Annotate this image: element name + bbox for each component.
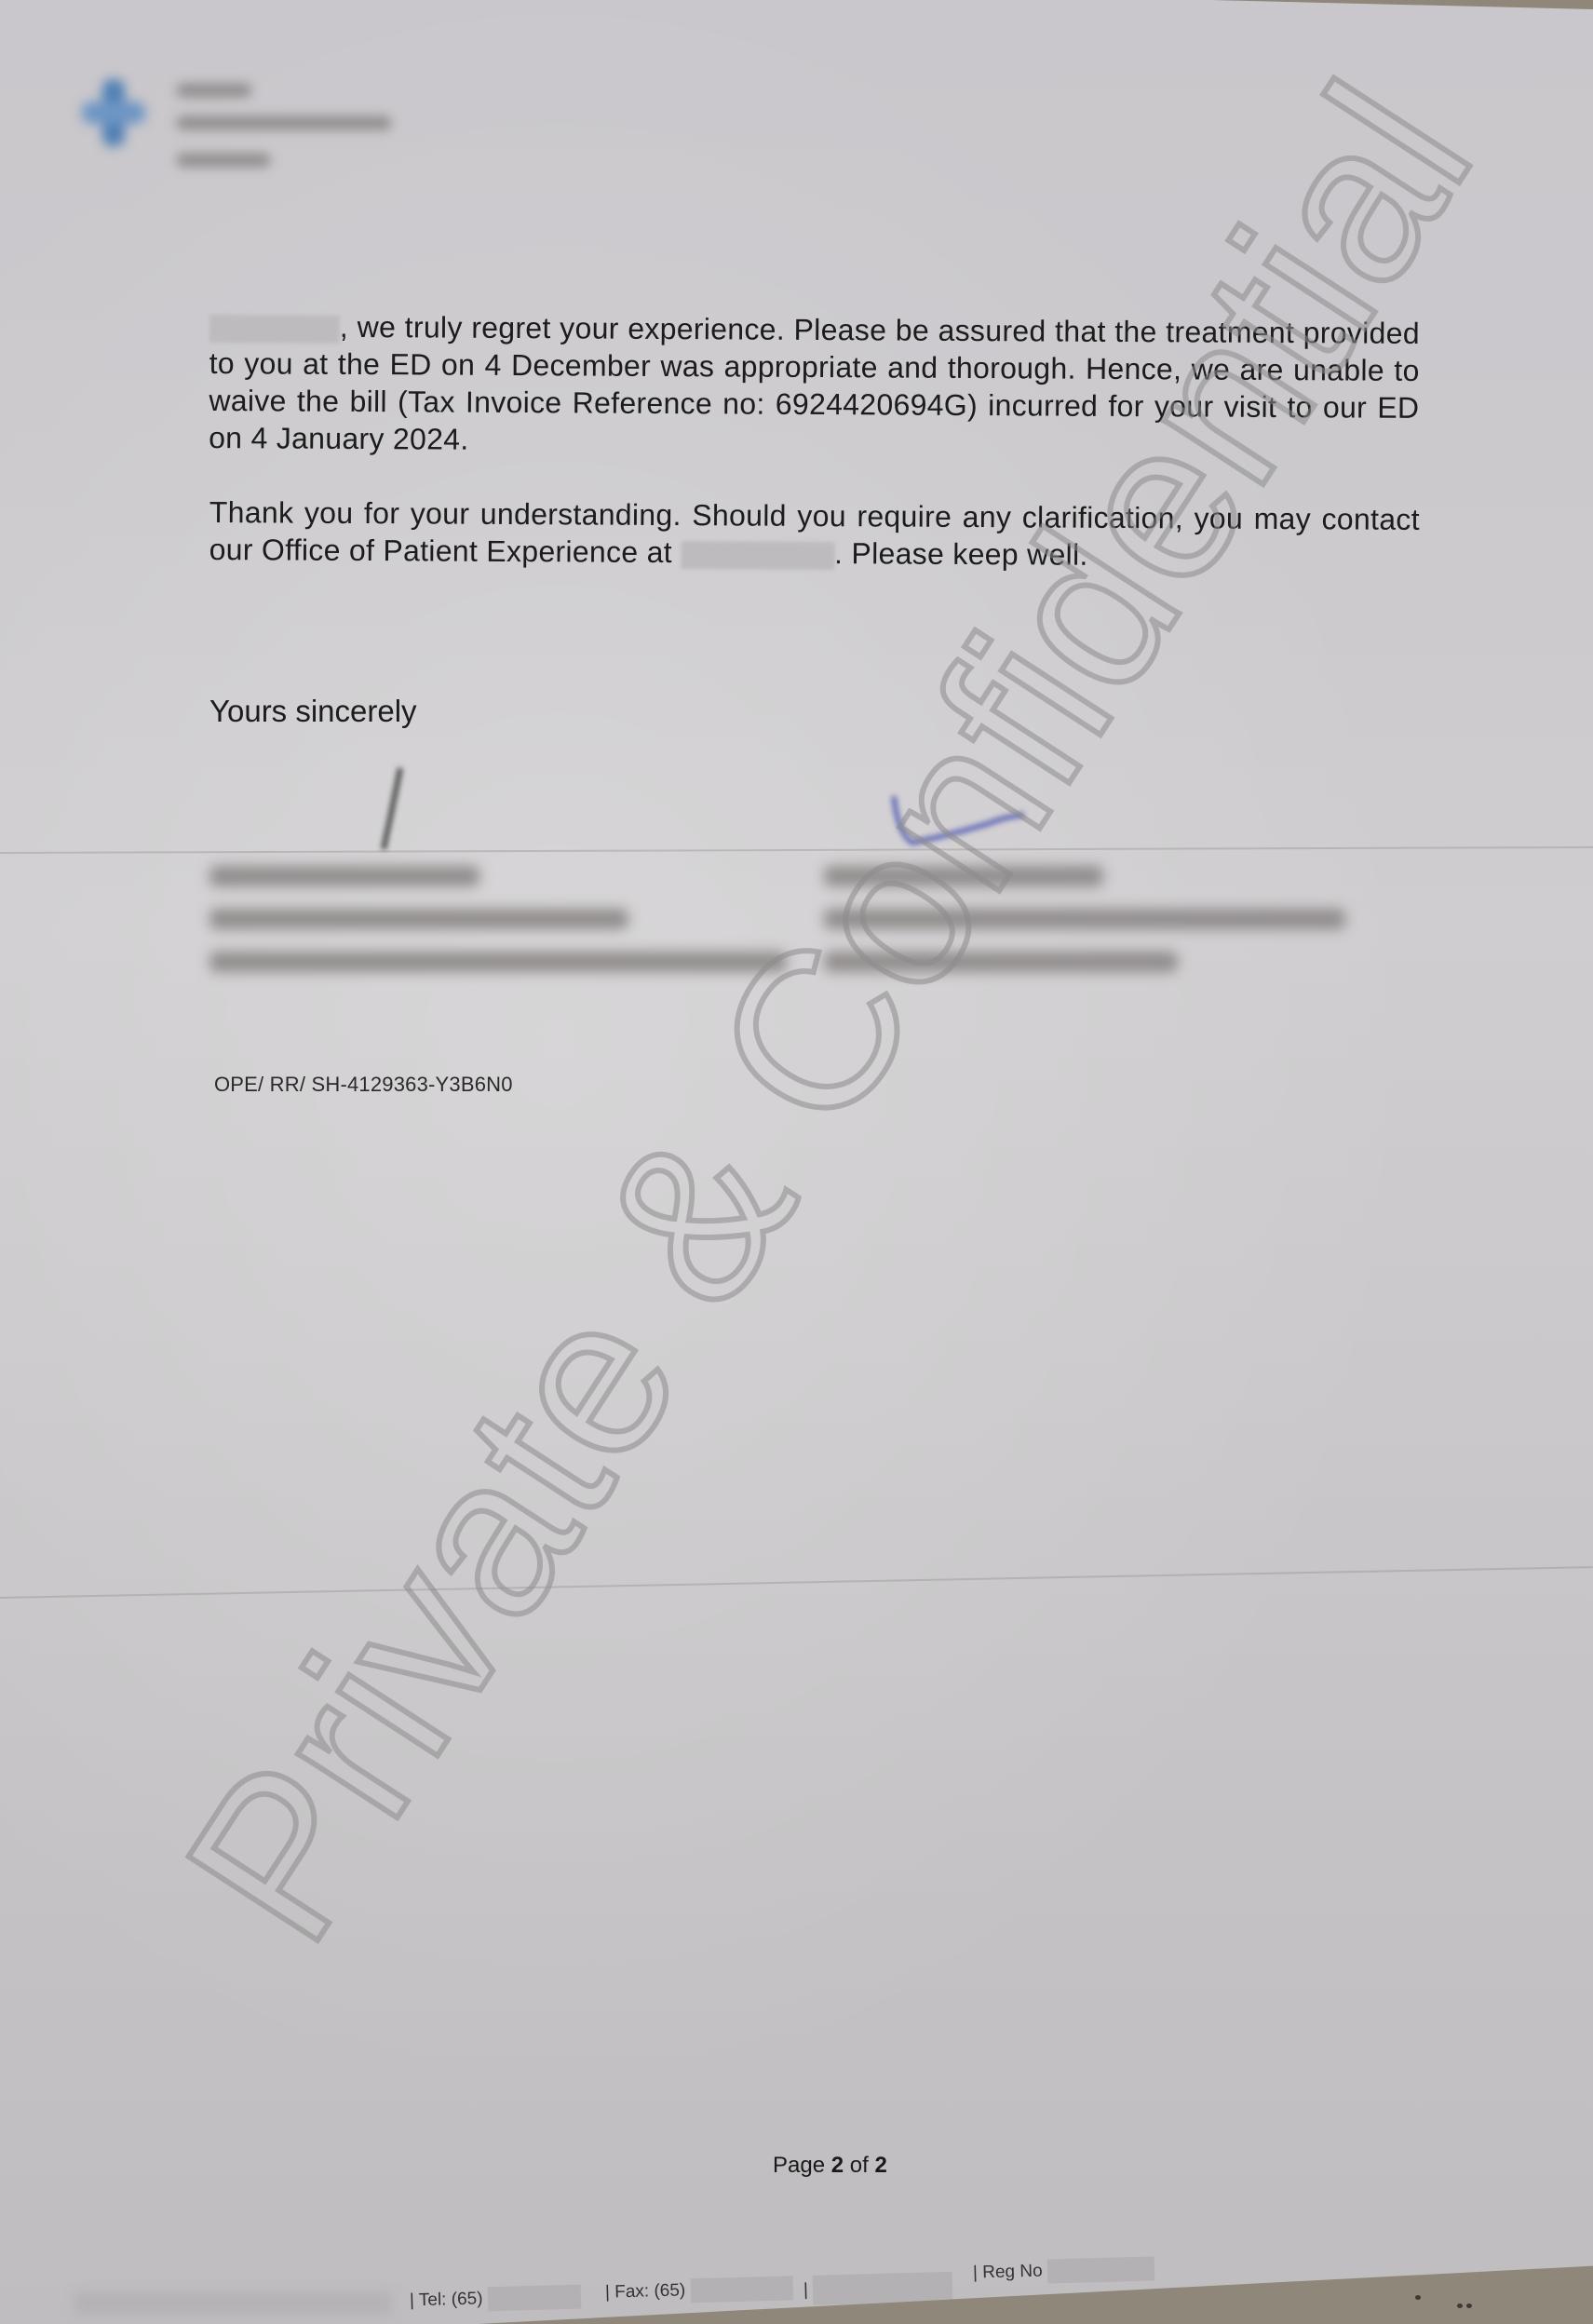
- redacted-tel: [487, 2285, 581, 2312]
- signature-1: [372, 763, 410, 857]
- medical-cross-icon-bar: [82, 101, 145, 124]
- footer-fax-label: | Fax: (65): [605, 2280, 686, 2302]
- page-current: 2: [831, 2153, 844, 2178]
- closing-salutation: Yours sincerely: [209, 694, 417, 729]
- surface-speck: [1466, 2304, 1472, 2308]
- logo-text-redacted: [177, 116, 391, 129]
- letter-page: , we truly regret your experience. Pleas…: [0, 0, 1593, 2324]
- redacted-reg-no: [1047, 2256, 1155, 2283]
- paper-fold: [0, 1566, 1593, 1599]
- page-separator: of: [844, 2153, 874, 2178]
- footer-address-redacted: [74, 2292, 391, 2315]
- page-number: Page 2 of 2: [773, 2153, 887, 2179]
- redacted-website: [813, 2272, 953, 2305]
- logo-text-redacted: [177, 84, 251, 97]
- page-prefix: Page: [773, 2153, 831, 2178]
- footer-web-label: |: [803, 2280, 808, 2300]
- footer-fax: | Fax: (65): [605, 2276, 793, 2304]
- footer-tel-label: | Tel: (65): [410, 2289, 483, 2310]
- footer-reg: | Reg No: [973, 2256, 1155, 2285]
- footer-tel: | Tel: (65): [410, 2285, 581, 2314]
- surface-speck: [1457, 2304, 1463, 2308]
- redacted-contact-number: [681, 541, 834, 570]
- page-total: 2: [874, 2153, 886, 2178]
- surface-speck: [1415, 2295, 1421, 2300]
- redacted-fax: [690, 2276, 793, 2303]
- redacted-recipient-name: [209, 315, 340, 344]
- footer-web: |: [803, 2272, 953, 2305]
- logo-text-redacted: [177, 154, 270, 167]
- reference-number: OPE/ RR/ SH-4129363-Y3B6N0: [214, 1073, 513, 1097]
- hospital-logo: [56, 61, 410, 182]
- footer-reg-label: | Reg No: [973, 2262, 1043, 2283]
